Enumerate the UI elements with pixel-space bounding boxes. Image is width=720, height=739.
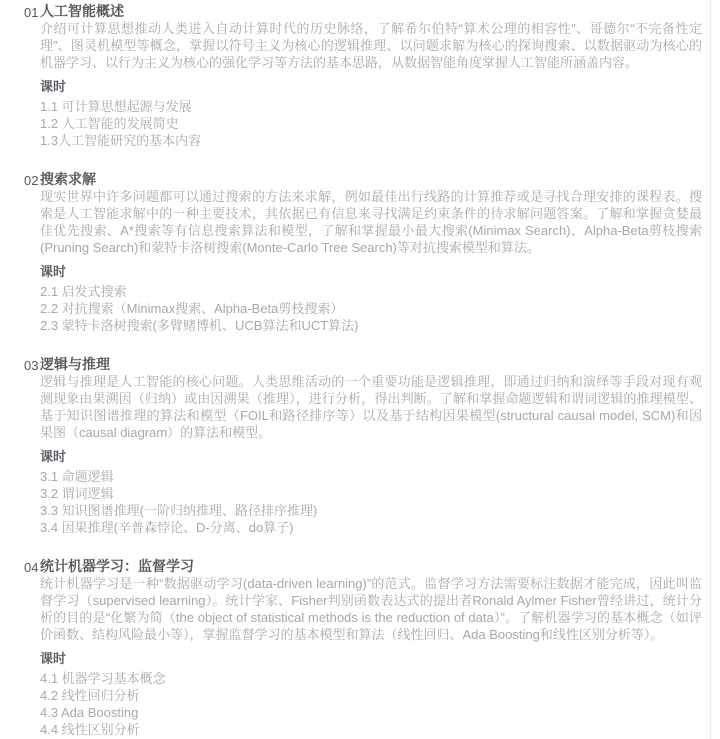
- course-outline: 01 人工智能概述 介绍可计算思想推动人类进入自动计算时代的历史脉络，了解希尔伯…: [0, 3, 720, 738]
- section-number: 02: [24, 172, 38, 189]
- right-edge-divider: [710, 0, 711, 739]
- lesson-item: 3.1 命题逻辑: [40, 468, 702, 485]
- section-description: 现实世界中许多问题都可以通过搜索的方法来求解，例如最佳出行线路的计算推荐或是寻找…: [40, 188, 702, 256]
- section-number: 01: [24, 4, 38, 21]
- lesson-item: 4.4 线性区别分析: [40, 721, 702, 738]
- lesson-item: 1.1 可计算思想起源与发展: [40, 98, 702, 115]
- lesson-item: 2.2 对抗搜索（Minimax搜索、Alpha-Beta剪枝搜索）: [40, 300, 702, 317]
- section-description: 介绍可计算思想推动人类进入自动计算时代的历史脉络，了解希尔伯特“算术公理的相容性…: [40, 20, 702, 71]
- section-description: 逻辑与推理是人工智能的核心问题。人类思维活动的一个重要功能是逻辑推理，即通过归纳…: [40, 373, 702, 441]
- lesson-item: 4.1 机器学习基本概念: [40, 670, 702, 687]
- section-title: 统计机器学习：监督学习: [40, 558, 702, 575]
- syllabus-section: 03 逻辑与推理 逻辑与推理是人工智能的核心问题。人类思维活动的一个重要功能是逻…: [0, 356, 720, 536]
- lesson-list: 1.1 可计算思想起源与发展1.2 人工智能的发展简史1.3人工智能研究的基本内…: [40, 98, 702, 149]
- hours-label: 课时: [40, 78, 702, 95]
- syllabus-section: 02 搜索求解 现实世界中许多问题都可以通过搜索的方法来求解，例如最佳出行线路的…: [0, 171, 720, 334]
- course-syllabus-page: 01 人工智能概述 介绍可计算思想推动人类进入自动计算时代的历史脉络，了解希尔伯…: [0, 0, 720, 739]
- lesson-item: 3.3 知识图谱推理(一阶归纳推理、路径排序推理): [40, 502, 702, 519]
- section-title: 人工智能概述: [40, 3, 702, 20]
- lesson-item: 3.4 因果推理(辛普森悖论、D-分离、do算子): [40, 519, 702, 536]
- lesson-item: 1.3人工智能研究的基本内容: [40, 132, 702, 149]
- section-title: 逻辑与推理: [40, 356, 702, 373]
- lesson-item: 4.3 Ada Boosting: [40, 704, 702, 721]
- lesson-item: 1.2 人工智能的发展简史: [40, 115, 702, 132]
- section-title: 搜索求解: [40, 171, 702, 188]
- lesson-list: 4.1 机器学习基本概念4.2 线性回归分析4.3 Ada Boosting4.…: [40, 670, 702, 738]
- lesson-list: 2.1 启发式搜索2.2 对抗搜索（Minimax搜索、Alpha-Beta剪枝…: [40, 283, 702, 334]
- hours-label: 课时: [40, 263, 702, 280]
- section-number: 03: [24, 357, 38, 374]
- lesson-item: 2.1 启发式搜索: [40, 283, 702, 300]
- lesson-item: 4.2 线性回归分析: [40, 687, 702, 704]
- lesson-item: 2.3 蒙特卡洛树搜索(多臂赌博机、UCB算法和UCT算法): [40, 317, 702, 334]
- lesson-list: 3.1 命题逻辑3.2 谓词逻辑3.3 知识图谱推理(一阶归纳推理、路径排序推理…: [40, 468, 702, 536]
- syllabus-section: 01 人工智能概述 介绍可计算思想推动人类进入自动计算时代的历史脉络，了解希尔伯…: [0, 3, 720, 149]
- section-description: 统计机器学习是一种“数据驱动学习(data-driven learning)”的…: [40, 575, 702, 643]
- lesson-item: 3.2 谓词逻辑: [40, 485, 702, 502]
- section-number: 04: [24, 559, 38, 576]
- syllabus-section: 04 统计机器学习：监督学习 统计机器学习是一种“数据驱动学习(data-dri…: [0, 558, 720, 738]
- hours-label: 课时: [40, 448, 702, 465]
- hours-label: 课时: [40, 650, 702, 667]
